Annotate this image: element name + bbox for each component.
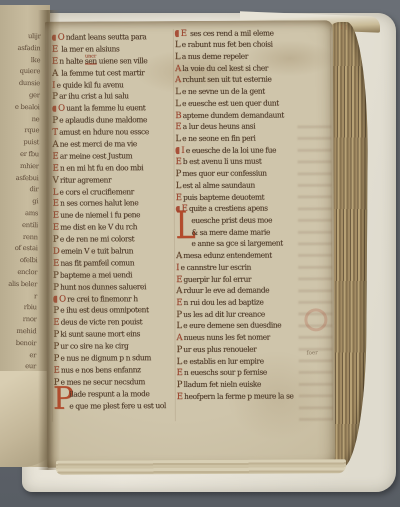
manuscript-line: En halte sen uiene sen villeuncr xyxy=(52,55,176,68)
line-initial: E xyxy=(176,193,182,203)
facing-page-fragment: rbiu xyxy=(0,302,37,314)
line-initial: A xyxy=(176,333,182,343)
manuscript-line: Archunt sen uit tut esternie xyxy=(175,74,326,87)
manuscript-line: Ore crei to finemonr h xyxy=(53,293,177,306)
paraph-mark xyxy=(176,206,180,213)
manuscript-line: Bapteme dundem demandaunt xyxy=(175,109,326,122)
paraph-mark xyxy=(175,147,179,154)
facing-page-fragment: entili xyxy=(0,219,38,231)
facing-page-fragment: gi xyxy=(0,196,38,208)
manuscript-line: Le cors el crucifiemenr xyxy=(53,186,177,199)
manuscript-line: Ane est merci de ma vie xyxy=(52,138,176,151)
facing-page-fragment: ger xyxy=(2,90,40,102)
facing-page-fragment: rnor xyxy=(0,314,37,326)
line-text: e ne sevne un de la gent xyxy=(182,87,265,96)
manuscript-line: Le euesche est uen quer dunt xyxy=(175,97,326,110)
line-text: e de ren ne mi colorst xyxy=(60,234,134,243)
facing-page-fragment: ofelbi xyxy=(0,255,38,267)
manuscript-line: Ouant la femme lu euent xyxy=(52,102,176,115)
line-text: n en mi ht fu en doo mbi xyxy=(60,163,143,172)
line-text: nus e nos bens enfannz xyxy=(61,365,141,374)
facing-page-fragment: ams xyxy=(0,208,38,220)
line-text: re crei to finemonr h xyxy=(67,294,138,303)
line-text: e ne seone en fin peri xyxy=(182,134,255,143)
show-through-ghost-text xyxy=(297,125,333,425)
show-through-initial-ring xyxy=(304,308,327,331)
manuscript-line: Tamust en hdure nou essce xyxy=(52,126,176,139)
line-text: ne est merci de ma vie xyxy=(60,139,137,148)
line-text: emein V e tuit balrun xyxy=(61,246,133,255)
line-initial: P xyxy=(177,345,182,355)
line-text: ritur agremenr xyxy=(60,175,111,184)
line-text: n ses cornes halut lene xyxy=(60,199,138,208)
line-text: e cannstre lur escrin xyxy=(181,263,251,272)
manuscript-line: Enus e nos bens enfannz xyxy=(54,364,178,377)
facing-page-fragment: e bealoi xyxy=(1,102,39,114)
manuscript-line: Pe aplaudis dune maldome xyxy=(52,114,176,127)
line-initial: E xyxy=(177,368,183,378)
line-text: bapteme a mei uendi xyxy=(60,270,132,279)
line-initial: L xyxy=(176,322,181,332)
manuscript-line: Ie quide kil fu avenu xyxy=(52,79,176,92)
manuscript-line: Le ne sevne un de la gent xyxy=(175,85,326,98)
line-text: la femme tut cest martir xyxy=(59,68,144,77)
manuscript-line: Vritur agremenr xyxy=(53,174,177,187)
line-text: n halte sen uiene sen ville xyxy=(59,56,147,65)
manuscript-line: e que me plest fere u est uol xyxy=(54,400,178,413)
manuscript-line: Pki sunt saune mort eins xyxy=(53,328,177,341)
line-text: ur co sire na ke cirg xyxy=(60,341,128,350)
line-initial: L xyxy=(177,357,182,367)
line-text: mesa edunz entendement xyxy=(183,251,272,260)
facing-page-fragment: er xyxy=(0,349,36,361)
line-text: e euesche de la loi une fue xyxy=(186,145,276,154)
line-text: apteme dundem demandaunt xyxy=(183,110,284,120)
facing-page-fragment: puist xyxy=(1,137,39,149)
line-initial: A xyxy=(176,286,182,296)
manuscript-line: Eme dist en ke V du rch xyxy=(53,221,177,234)
line-initial: L xyxy=(175,40,180,50)
line-text: lladum fet nieln euiske xyxy=(184,380,261,389)
manuscript-line: Demein V e tuit balrun xyxy=(53,245,177,258)
line-initial: I xyxy=(176,263,179,273)
facing-page-fragment: ulijr xyxy=(2,31,40,43)
margin-note: foer xyxy=(306,350,317,356)
facing-page-fragment: of estai xyxy=(0,243,38,255)
facing-page-fragment: asfadin xyxy=(2,43,40,55)
manuscript-line: La nus deme repeler xyxy=(175,50,326,63)
line-text: e quide kil fu avenu xyxy=(57,80,124,89)
line-text: e eure demene sen duesdine xyxy=(183,321,281,331)
line-text: e mes ne secur necsdum xyxy=(61,377,146,386)
facing-page-fragment: alis beler xyxy=(0,278,37,290)
line-initial: L xyxy=(175,52,180,62)
facing-page-line-ends: ulijrasfadinlkequieredunsiegere bealoine… xyxy=(0,31,41,409)
facing-page-fragment: ne xyxy=(1,113,39,125)
line-initial: L xyxy=(175,134,180,144)
text-column-1: P Ondant leans seutta paraE la mer en al… xyxy=(52,31,182,412)
line-text: quite a crestiens apens xyxy=(189,204,268,213)
manuscript-line: E la mer en alsiuns xyxy=(52,43,176,56)
line-text: us les ad dit lur creance xyxy=(183,309,265,318)
line-text: ar meine cest Justum xyxy=(60,151,132,160)
facing-page-fragment: rque xyxy=(1,125,39,137)
line-text: n eueschs sour p fernise xyxy=(184,368,267,377)
line-initial: A xyxy=(175,75,181,85)
line-text: est al alme saundaun xyxy=(182,181,254,190)
line-initial: O xyxy=(59,294,66,304)
interlinear-rubric: uncr xyxy=(85,51,96,64)
manuscript-line: Ondant leans seutta para xyxy=(52,31,176,44)
line-text: ses ces rend a mil eleme xyxy=(188,28,274,37)
folio-number: 11 xyxy=(340,24,349,31)
line-initial: L xyxy=(175,87,180,97)
facing-page-fragment: r xyxy=(0,290,37,302)
manuscript-line: Pur co sire na ke cirg xyxy=(54,340,178,353)
line-text: a nus deme repeler xyxy=(182,52,248,61)
manuscript-line: Par ihu crist a lui salu xyxy=(52,91,176,104)
line-text: amust en hdure nou essce xyxy=(59,127,149,136)
manuscript-line: E ses ces rend a mil eleme xyxy=(175,27,326,40)
manuscript-line: Ear meine cest Justum xyxy=(53,150,177,163)
line-text: ur eus plus renoueler xyxy=(183,345,256,354)
manuscript-line: Pe mes ne secur necsdum xyxy=(54,376,178,389)
line-text: e establis en lur empire xyxy=(183,356,263,365)
manuscript-line: Enas fit pamfeil comun xyxy=(53,257,177,270)
facing-page-fragment: asfebui xyxy=(0,172,38,184)
line-initial: P xyxy=(176,310,181,320)
line-initial: B xyxy=(175,111,181,121)
line-text: a lur deus heuns ansi xyxy=(183,122,256,131)
line-initial: P xyxy=(177,380,182,390)
line-text: euesche prist deus moe xyxy=(191,216,272,225)
line-text: rchunt sen uit tut esternie xyxy=(182,75,271,84)
line-text: deus de victe ren pouist xyxy=(61,318,143,327)
facing-page-fragment: lke xyxy=(2,54,40,66)
facing-page-fragment: er fbu xyxy=(1,149,39,161)
facing-page-fragment: enclor xyxy=(0,267,37,279)
line-text: e anne sa gce si largement xyxy=(191,239,282,248)
manuscript-line: Pe nus ne dignum p n sdum xyxy=(54,352,178,365)
facing-page-fragment: dir xyxy=(0,184,38,196)
manuscript-line: Pbapteme a mei uendi xyxy=(53,269,177,282)
manuscript-line: Pe de ren ne mi colorst xyxy=(53,233,177,246)
line-text: la voie du cel kest si cher xyxy=(182,63,268,72)
manuscript-line: Phunt nos dunnes saluerei xyxy=(53,281,177,294)
line-text: ar ihu crist a lui salu xyxy=(59,92,129,101)
line-text: e ihu est deus omnipotent xyxy=(60,306,149,315)
line-initial: A xyxy=(175,64,181,74)
line-initial: P xyxy=(176,169,181,179)
line-initial: L xyxy=(175,99,180,109)
line-text: puis bapteme deuotemt xyxy=(183,192,264,201)
page-bottom-edges xyxy=(56,459,346,475)
line-initial: A xyxy=(176,251,182,261)
line-text: heofpern la ferme p meure la se xyxy=(184,391,293,401)
line-text: ki sunt saune mort eins xyxy=(60,330,140,339)
line-text: n rui dou les ad baptize xyxy=(184,298,264,307)
facing-page-fragment: mehid xyxy=(0,326,37,338)
line-text: b est avenu li uns must xyxy=(183,157,262,166)
line-text: rduur le eve ad demande xyxy=(184,286,270,295)
line-initial: E xyxy=(176,157,182,167)
line-text: ilade respunt a la mode xyxy=(69,389,149,398)
line-text: nas fit pamfeil comun xyxy=(60,258,134,267)
line-text: e rabunt nus fet ben choisi xyxy=(182,40,273,49)
line-initial: E xyxy=(182,204,188,214)
line-text: hunt nos dunnes saluerei xyxy=(60,282,146,291)
line-text: guerpir lur fol errur xyxy=(184,274,252,283)
facing-page-fragment: benoir xyxy=(0,337,36,349)
manuscript-page: 11 P Ondant leans seutta paraE la mer en… xyxy=(45,20,335,468)
line-initial: I xyxy=(181,146,184,156)
manuscript-line: ilade respunt a la mode xyxy=(54,388,178,401)
line-text: e euesche est uen quer dunt xyxy=(182,98,279,108)
facing-page-fragment: renn xyxy=(0,231,38,243)
manuscript-line: Ala voie du cel kest si cher xyxy=(175,62,326,75)
manuscript-photo: ulijrasfadinlkequieredunsiegere bealoine… xyxy=(0,0,400,507)
line-initial: E xyxy=(177,392,183,402)
manuscript-line: Pe ihu est deus omnipotent xyxy=(53,305,177,318)
facing-page-fragment: mhier xyxy=(1,161,39,173)
line-initial: L xyxy=(176,181,181,191)
line-initial: E xyxy=(176,298,182,308)
facing-page-fragment: dunsie xyxy=(2,78,40,90)
manuscript-line: A la femme tut cest martir xyxy=(52,67,176,80)
line-text: e que me plest fere u est uol xyxy=(69,401,166,411)
line-text: & sa mere dame marie xyxy=(191,227,270,236)
line-text: uant la femme lu euent xyxy=(66,104,145,113)
line-text: e cors el crucifiemenr xyxy=(59,187,133,196)
line-initial: E xyxy=(176,275,182,285)
facing-page-fragment: quiere xyxy=(2,66,40,78)
manuscript-line: En ses cornes halut lene xyxy=(53,198,177,211)
line-text: e nus ne dignum p n sdum xyxy=(60,353,151,362)
line-initial: E xyxy=(175,122,181,132)
line-text: nueus nuns les fet nomer xyxy=(184,333,270,342)
line-text: mes quor eur confessiun xyxy=(182,169,266,178)
manuscript-line: En en mi ht fu en doo mbi xyxy=(53,162,177,175)
manuscript-line: Edeus de victe ren pouist xyxy=(53,316,177,329)
line-text: e aplaudis dune maldome xyxy=(59,115,147,124)
manuscript-line: Le rabunt nus fet ben choisi xyxy=(175,39,326,52)
gutter-shadow xyxy=(38,10,60,470)
line-text: me dist en ke V du rch xyxy=(60,223,137,232)
paraph-mark xyxy=(175,30,179,37)
line-text: ndant leans seutta para xyxy=(66,32,147,41)
line-text: une de niemel i fu pene xyxy=(60,211,140,220)
line-initial: E xyxy=(181,29,187,39)
manuscript-line: Eune de niemel i fu pene xyxy=(53,209,177,222)
